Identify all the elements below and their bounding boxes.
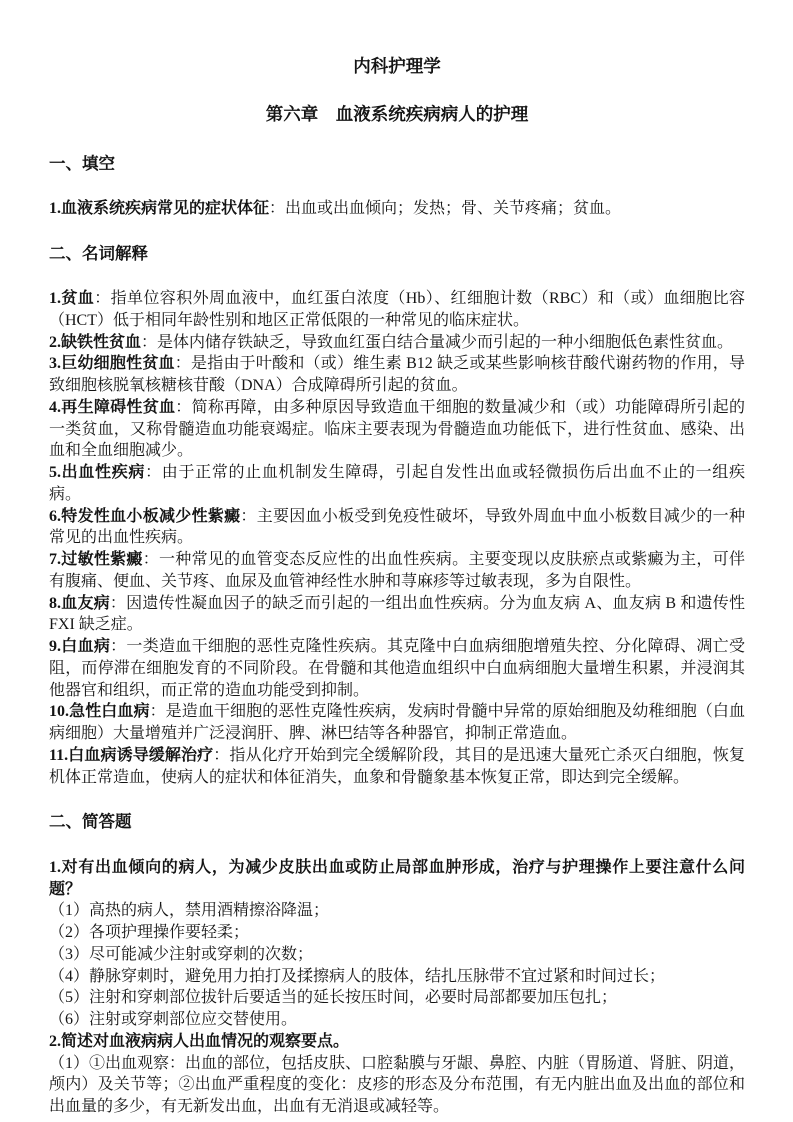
- fill-in-text: ：出血或出血倾向；发热；骨、关节疼痛；贫血。: [269, 200, 621, 217]
- question-1-answer-line: （4）静脉穿刺时，避免用力拍打及揉擦病人的肢体，结扎压脉带不宜过紧和时间过长；: [49, 966, 745, 988]
- term-name: 4.再生障碍性贫血: [49, 399, 175, 416]
- document-title: 内科护理学: [49, 55, 745, 79]
- term-definition: ：由于正常的止血机制发生障碍，引起自发性出血或轻微损伤后出血不止的一组疾病。: [49, 464, 745, 503]
- question-1-text: 1.对有出血倾向的病人，为减少皮肤出血或防止局部血肿形成，治疗与护理操作上要注意…: [49, 857, 745, 901]
- term-name: 10.急性白血病: [49, 703, 150, 720]
- term-item-7: 7.过敏性紫癜：一种常见的血管变态反应性的出血性疾病。主要变现以皮肤瘀点或紫癜为…: [49, 549, 745, 593]
- term-item-5: 5.出血性疾病：由于正常的止血机制发生障碍，引起自发性出血或轻微损伤后出血不止的…: [49, 462, 745, 506]
- term-definition: ：一种常见的血管变态反应性的出血性疾病。主要变现以皮肤瘀点或紫癜为主，可伴有腹痛…: [49, 551, 745, 590]
- term-definition: ：指单位容积外周血液中，血红蛋白浓度（Hb）、红细胞计数（RBC）和（或）血细胞…: [49, 290, 745, 329]
- term-name: 2.缺铁性贫血: [49, 334, 141, 351]
- term-definition: ：一类造血干细胞的恶性克隆性疾病。其克隆中白血病细胞增殖失控、分化障碍、凋亡受阻…: [49, 638, 745, 699]
- section-heading-fill-in: 一、填空: [49, 153, 745, 175]
- section-heading-short-answer: 二、简答题: [49, 811, 745, 833]
- term-item-9: 9.白血病：一类造血干细胞的恶性克隆性疾病。其克隆中白血病细胞增殖失控、分化障碍…: [49, 636, 745, 701]
- term-name: 11.白血病诱导缓解治疗: [49, 747, 213, 764]
- section-heading-terms: 二、名词解释: [49, 243, 745, 265]
- term-item-4: 4.再生障碍性贫血：简称再障，由多种原因导致造血干细胞的数量减少和（或）功能障碍…: [49, 397, 745, 462]
- term-name: 3.巨幼细胞性贫血: [49, 355, 175, 372]
- question-block-2: 2.简述对血液病病人出血情况的观察要点。 （1）①出血观察：出血的部位，包括皮肤…: [49, 1031, 745, 1118]
- term-item-6: 6.特发性血小板减少性紫癜：主要因血小板受到免疫性破坏，导致外周血中血小板数目减…: [49, 506, 745, 550]
- term-item-1: 1.贫血：指单位容积外周血液中，血红蛋白浓度（Hb）、红细胞计数（RBC）和（或…: [49, 288, 745, 332]
- term-definition: ：因遗传性凝血因子的缺乏而引起的一组出血性疾病。分为血友病 A、血友病 B 和遗…: [49, 595, 745, 634]
- question-block-1: 1.对有出血倾向的病人，为减少皮肤出血或防止局部血肿形成，治疗与护理操作上要注意…: [49, 857, 745, 1031]
- fill-in-item: 1.血液系统疾病常见的症状体征：出血或出血倾向；发热；骨、关节疼痛；贫血。: [49, 198, 745, 220]
- question-2-answer-line: （1）①出血观察：出血的部位，包括皮肤、口腔黏膜与牙龈、鼻腔、内脏（胃肠道、肾脏…: [49, 1053, 745, 1118]
- question-1-answer-line: （5）注射和穿刺部位拔针后要适当的延长按压时间，必要时局部都要加压包扎；: [49, 987, 745, 1009]
- terms-list: 1.贫血：指单位容积外周血液中，血红蛋白浓度（Hb）、红细胞计数（RBC）和（或…: [49, 288, 745, 788]
- term-name: 9.白血病: [49, 638, 110, 655]
- question-2-text: 2.简述对血液病病人出血情况的观察要点。: [49, 1031, 745, 1053]
- fill-in-term: 1.血液系统疾病常见的症状体征: [49, 200, 269, 217]
- term-item-2: 2.缺铁性贫血：是体内储存铁缺乏，导致血红蛋白结合量减少而引起的一种小细胞低色素…: [49, 332, 745, 354]
- document-page: 内科护理学 第六章 血液系统疾病病人的护理 一、填空 1.血液系统疾病常见的症状…: [0, 0, 793, 1122]
- question-1-answer-line: （1）高热的病人，禁用酒精擦浴降温；: [49, 900, 745, 922]
- term-item-3: 3.巨幼细胞性贫血：是指由于叶酸和（或）维生素 B12 缺乏或某些影响核苷酸代谢…: [49, 353, 745, 397]
- term-name: 5.出血性疾病: [49, 464, 145, 481]
- term-item-10: 10.急性白血病：是造血干细胞的恶性克隆性疾病，发病时骨髓中异常的原始细胞及幼稚…: [49, 701, 745, 745]
- question-1-answer-line: （2）各项护理操作要轻柔；: [49, 922, 745, 944]
- term-item-8: 8.血友病：因遗传性凝血因子的缺乏而引起的一组出血性疾病。分为血友病 A、血友病…: [49, 593, 745, 637]
- term-name: 1.贫血: [49, 290, 94, 307]
- term-item-11: 11.白血病诱导缓解治疗：指从化疗开始到完全缓解阶段，其目的是迅速大量死亡杀灭白…: [49, 745, 745, 789]
- term-name: 8.血友病: [49, 595, 110, 612]
- term-name: 6.特发性血小板减少性紫癜: [49, 508, 240, 525]
- term-name: 7.过敏性紫癜: [49, 551, 143, 568]
- chapter-title: 第六章 血液系统疾病病人的护理: [49, 103, 745, 127]
- term-definition: ：是体内储存铁缺乏，导致血红蛋白结合量减少而引起的一种小细胞低色素性贫血。: [141, 334, 733, 351]
- question-1-answer-line: （6）注射或穿刺部位应交替使用。: [49, 1009, 745, 1031]
- question-1-answer-line: （3）尽可能减少注射或穿刺的次数；: [49, 944, 745, 966]
- term-definition: ：是造血干细胞的恶性克隆性疾病，发病时骨髓中异常的原始细胞及幼稚细胞（白血病细胞…: [49, 703, 745, 742]
